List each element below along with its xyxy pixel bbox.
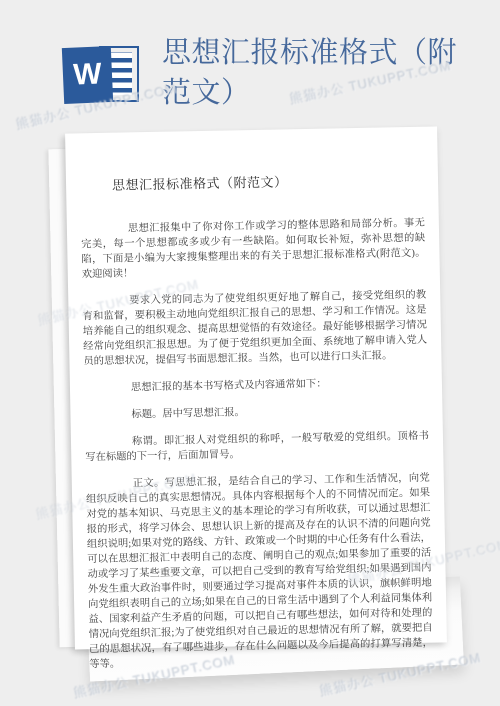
document-body: 思想汇报集中了你对你工作或学习的整体思路和局部分析。事无完美，每一个思想都或多或… [81, 216, 434, 673]
paragraph-intro: 思想汇报集中了你对你工作或学习的整体思路和局部分析。事无完美，每一个思想都或多或… [81, 216, 426, 283]
paragraph-body-rule: 正文。写思想汇报，是结合自己的学习、工作和生活情况，向党组织反映自己的真实思想情… [86, 471, 434, 673]
paragraph-salutation-rule: 称谓。即汇报人对党组织的称呼，一般写敬爱的党组织。顶格书写在标题的下一行，后面加… [85, 429, 430, 466]
document-page: 思想汇报标准格式（附范文） 思想汇报集中了你对你工作或学习的整体思路和局部分析。… [65, 126, 447, 649]
doc-preview-card: { "colors": { "background": "#eeeeee", "… [0, 0, 500, 706]
paper-stack: 思想汇报标准格式（附范文） 思想汇报集中了你对你工作或学习的整体思路和局部分析。… [0, 0, 500, 706]
paragraph-heading-rule: 标题。居中写思想汇报。 [84, 402, 428, 424]
paragraph-requirement: 要求入党的同志为了使党组织更好地了解自己，接受党组织的教育和监督，要积极主动地向… [82, 288, 427, 370]
document-title: 思想汇报标准格式（附范文） [112, 169, 424, 194]
paragraph-format-lead: 思想汇报的基本书写格式及内容通常如下： [84, 375, 428, 397]
